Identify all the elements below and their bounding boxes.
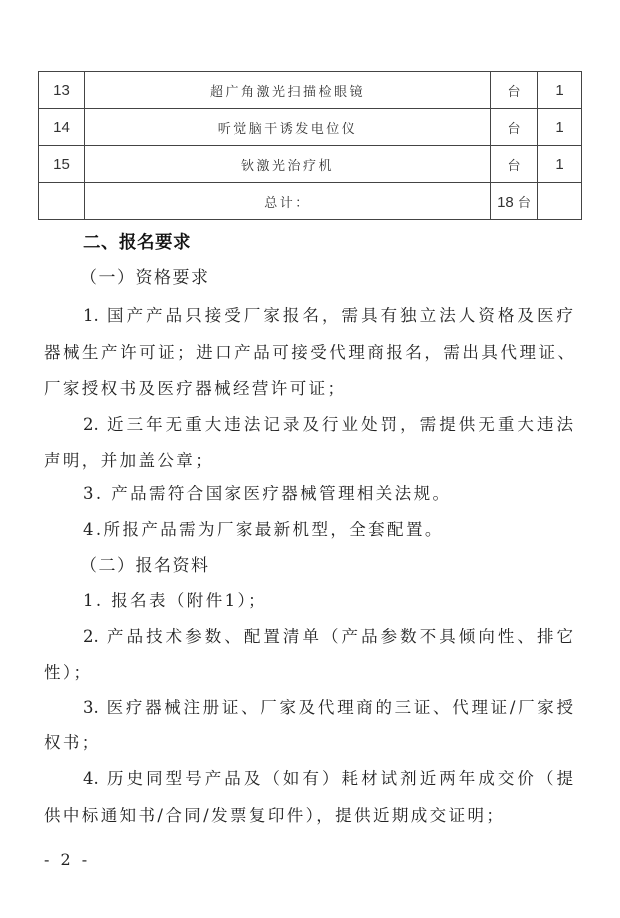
total-quantity-cell bbox=[538, 183, 582, 220]
total-unit-suffix: 台 bbox=[518, 196, 531, 211]
document-page: 13 超广角激光扫描检眼镜 台 1 14 听觉脑干诱发电位仪 台 1 15 钬激… bbox=[0, 0, 620, 918]
total-label: 总计： bbox=[85, 183, 491, 220]
paragraph-line: 声明，并加盖公章； bbox=[44, 451, 214, 471]
total-count: 18 bbox=[497, 194, 514, 211]
paragraph-line: 4.所报产品需为厂家最新机型，全套配置。 bbox=[83, 520, 444, 540]
page-number: - 2 - bbox=[44, 850, 90, 869]
paragraph-line: 厂家授权书及医疗器械经营许可证； bbox=[44, 379, 346, 399]
paragraph-line: 性）； bbox=[44, 663, 92, 683]
paragraph-line: 权书； bbox=[44, 733, 101, 753]
unit-cell: 台 bbox=[491, 146, 538, 183]
paragraph-line: 3. 产品需符合国家医疗器械管理相关法规。 bbox=[83, 484, 451, 504]
unit-cell: 台 bbox=[491, 72, 538, 109]
total-index-cell bbox=[39, 183, 85, 220]
equipment-name: 听觉脑干诱发电位仪 bbox=[85, 109, 491, 146]
table-row: 15 钬激光治疗机 台 1 bbox=[39, 146, 582, 183]
paragraph-line: 2. 近三年无重大违法记录及行业处罚，需提供无重大违法 bbox=[83, 415, 573, 435]
row-index: 15 bbox=[39, 146, 85, 183]
subsection-heading-qualification: （一）资格要求 bbox=[80, 268, 210, 288]
paragraph-line: 1. 报名表（附件1）； bbox=[83, 591, 267, 611]
table-total-row: 总计： 18 台 bbox=[39, 183, 582, 220]
paragraph-line: 供中标通知书/合同/发票复印件），提供近期成交证明； bbox=[44, 806, 505, 826]
subsection-heading-materials: （二）报名资料 bbox=[80, 556, 210, 576]
quantity-cell: 1 bbox=[538, 146, 582, 183]
paragraph-line: 器械生产许可证；进口产品可接受代理商报名，需出具代理证、 bbox=[44, 343, 574, 363]
row-index: 14 bbox=[39, 109, 85, 146]
table-row: 13 超广角激光扫描检眼镜 台 1 bbox=[39, 72, 582, 109]
equipment-table: 13 超广角激光扫描检眼镜 台 1 14 听觉脑干诱发电位仪 台 1 15 钬激… bbox=[38, 71, 582, 220]
quantity-cell: 1 bbox=[538, 109, 582, 146]
paragraph-line: 1. 国产产品只接受厂家报名，需具有独立法人资格及医疗 bbox=[83, 306, 573, 326]
section-heading: 二、报名要求 bbox=[83, 233, 191, 253]
equipment-name: 超广角激光扫描检眼镜 bbox=[85, 72, 491, 109]
row-index: 13 bbox=[39, 72, 85, 109]
total-unit-cell: 18 台 bbox=[491, 183, 538, 220]
table-row: 14 听觉脑干诱发电位仪 台 1 bbox=[39, 109, 582, 146]
unit-cell: 台 bbox=[491, 109, 538, 146]
equipment-name: 钬激光治疗机 bbox=[85, 146, 491, 183]
paragraph-line: 3. 医疗器械注册证、厂家及代理商的三证、代理证/厂家授 bbox=[83, 698, 573, 718]
paragraph-line: 2. 产品技术参数、配置清单（产品参数不具倾向性、排它 bbox=[83, 627, 573, 647]
quantity-cell: 1 bbox=[538, 72, 582, 109]
paragraph-line: 4. 历史同型号产品及（如有）耗材试剂近两年成交价（提 bbox=[83, 769, 573, 789]
